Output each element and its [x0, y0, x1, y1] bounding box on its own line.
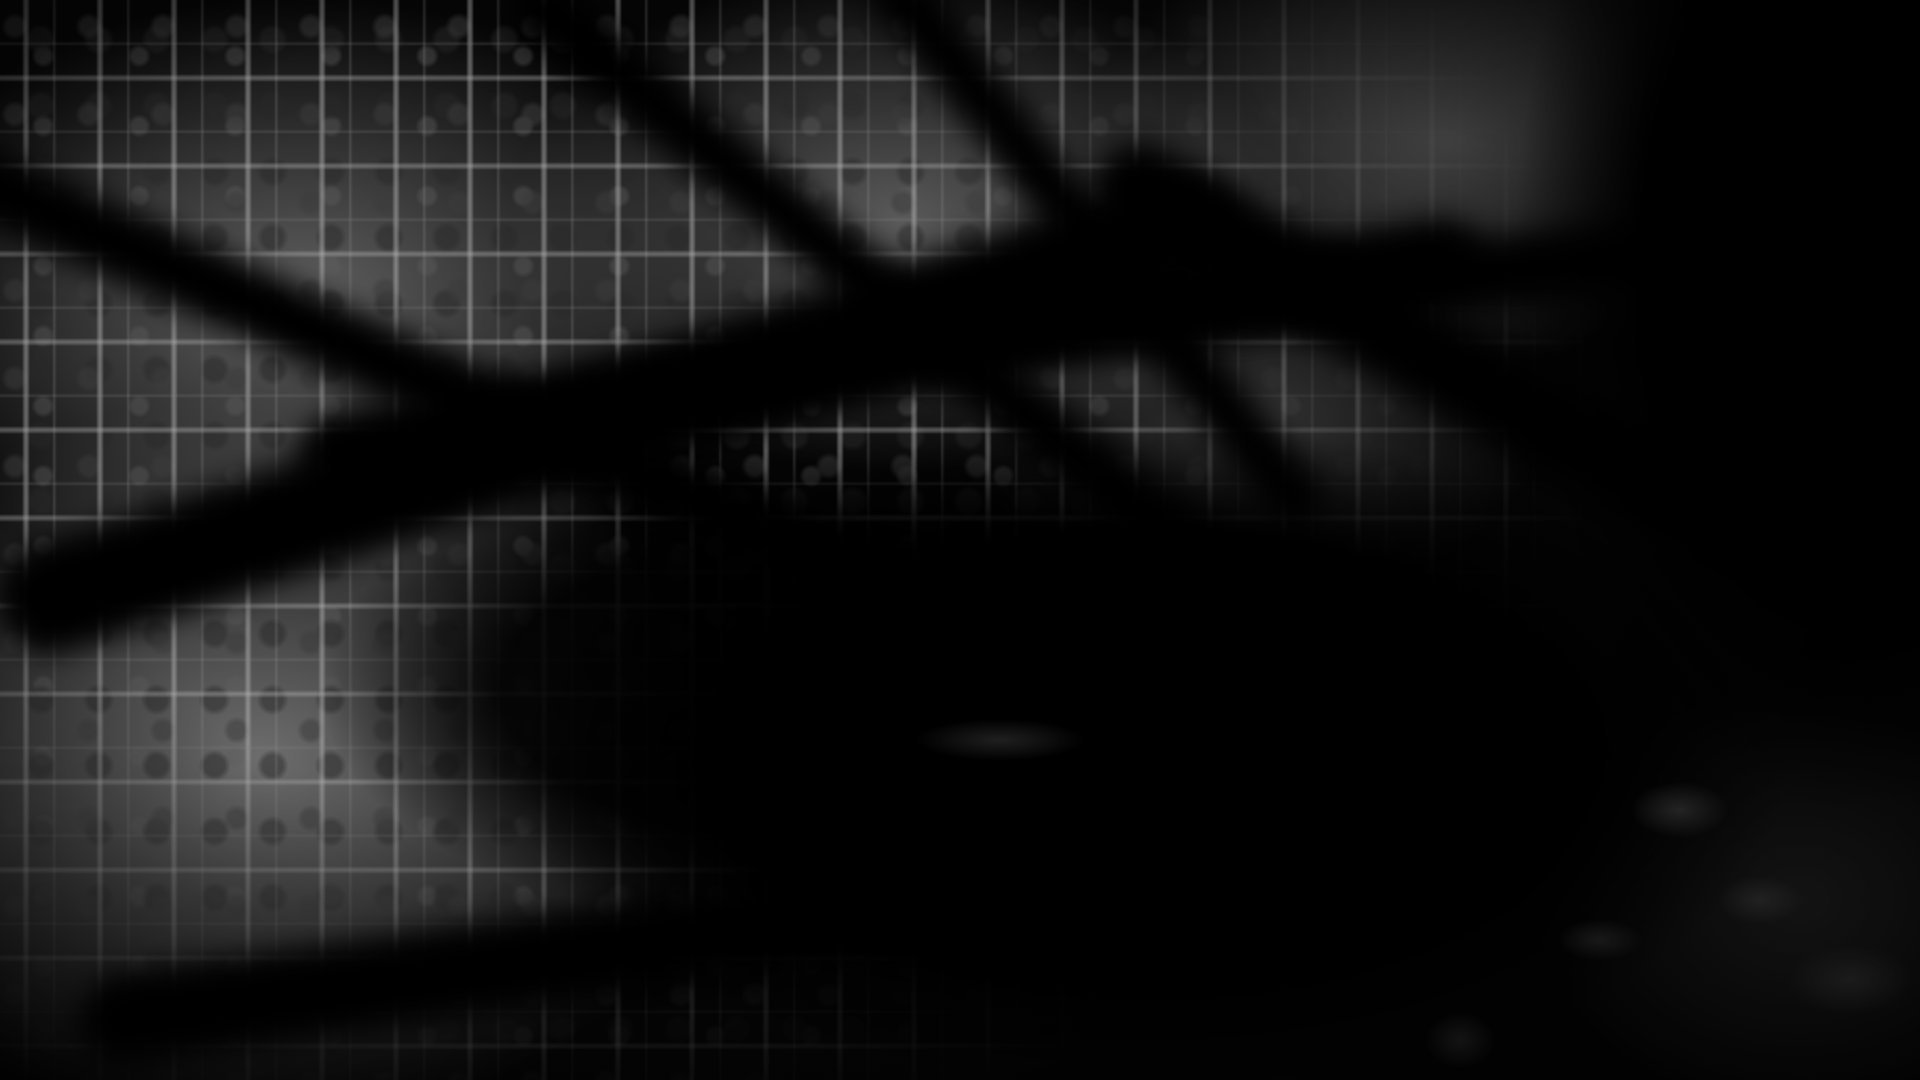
texture-canvas [0, 0, 1920, 1080]
vignette [0, 0, 1920, 1080]
